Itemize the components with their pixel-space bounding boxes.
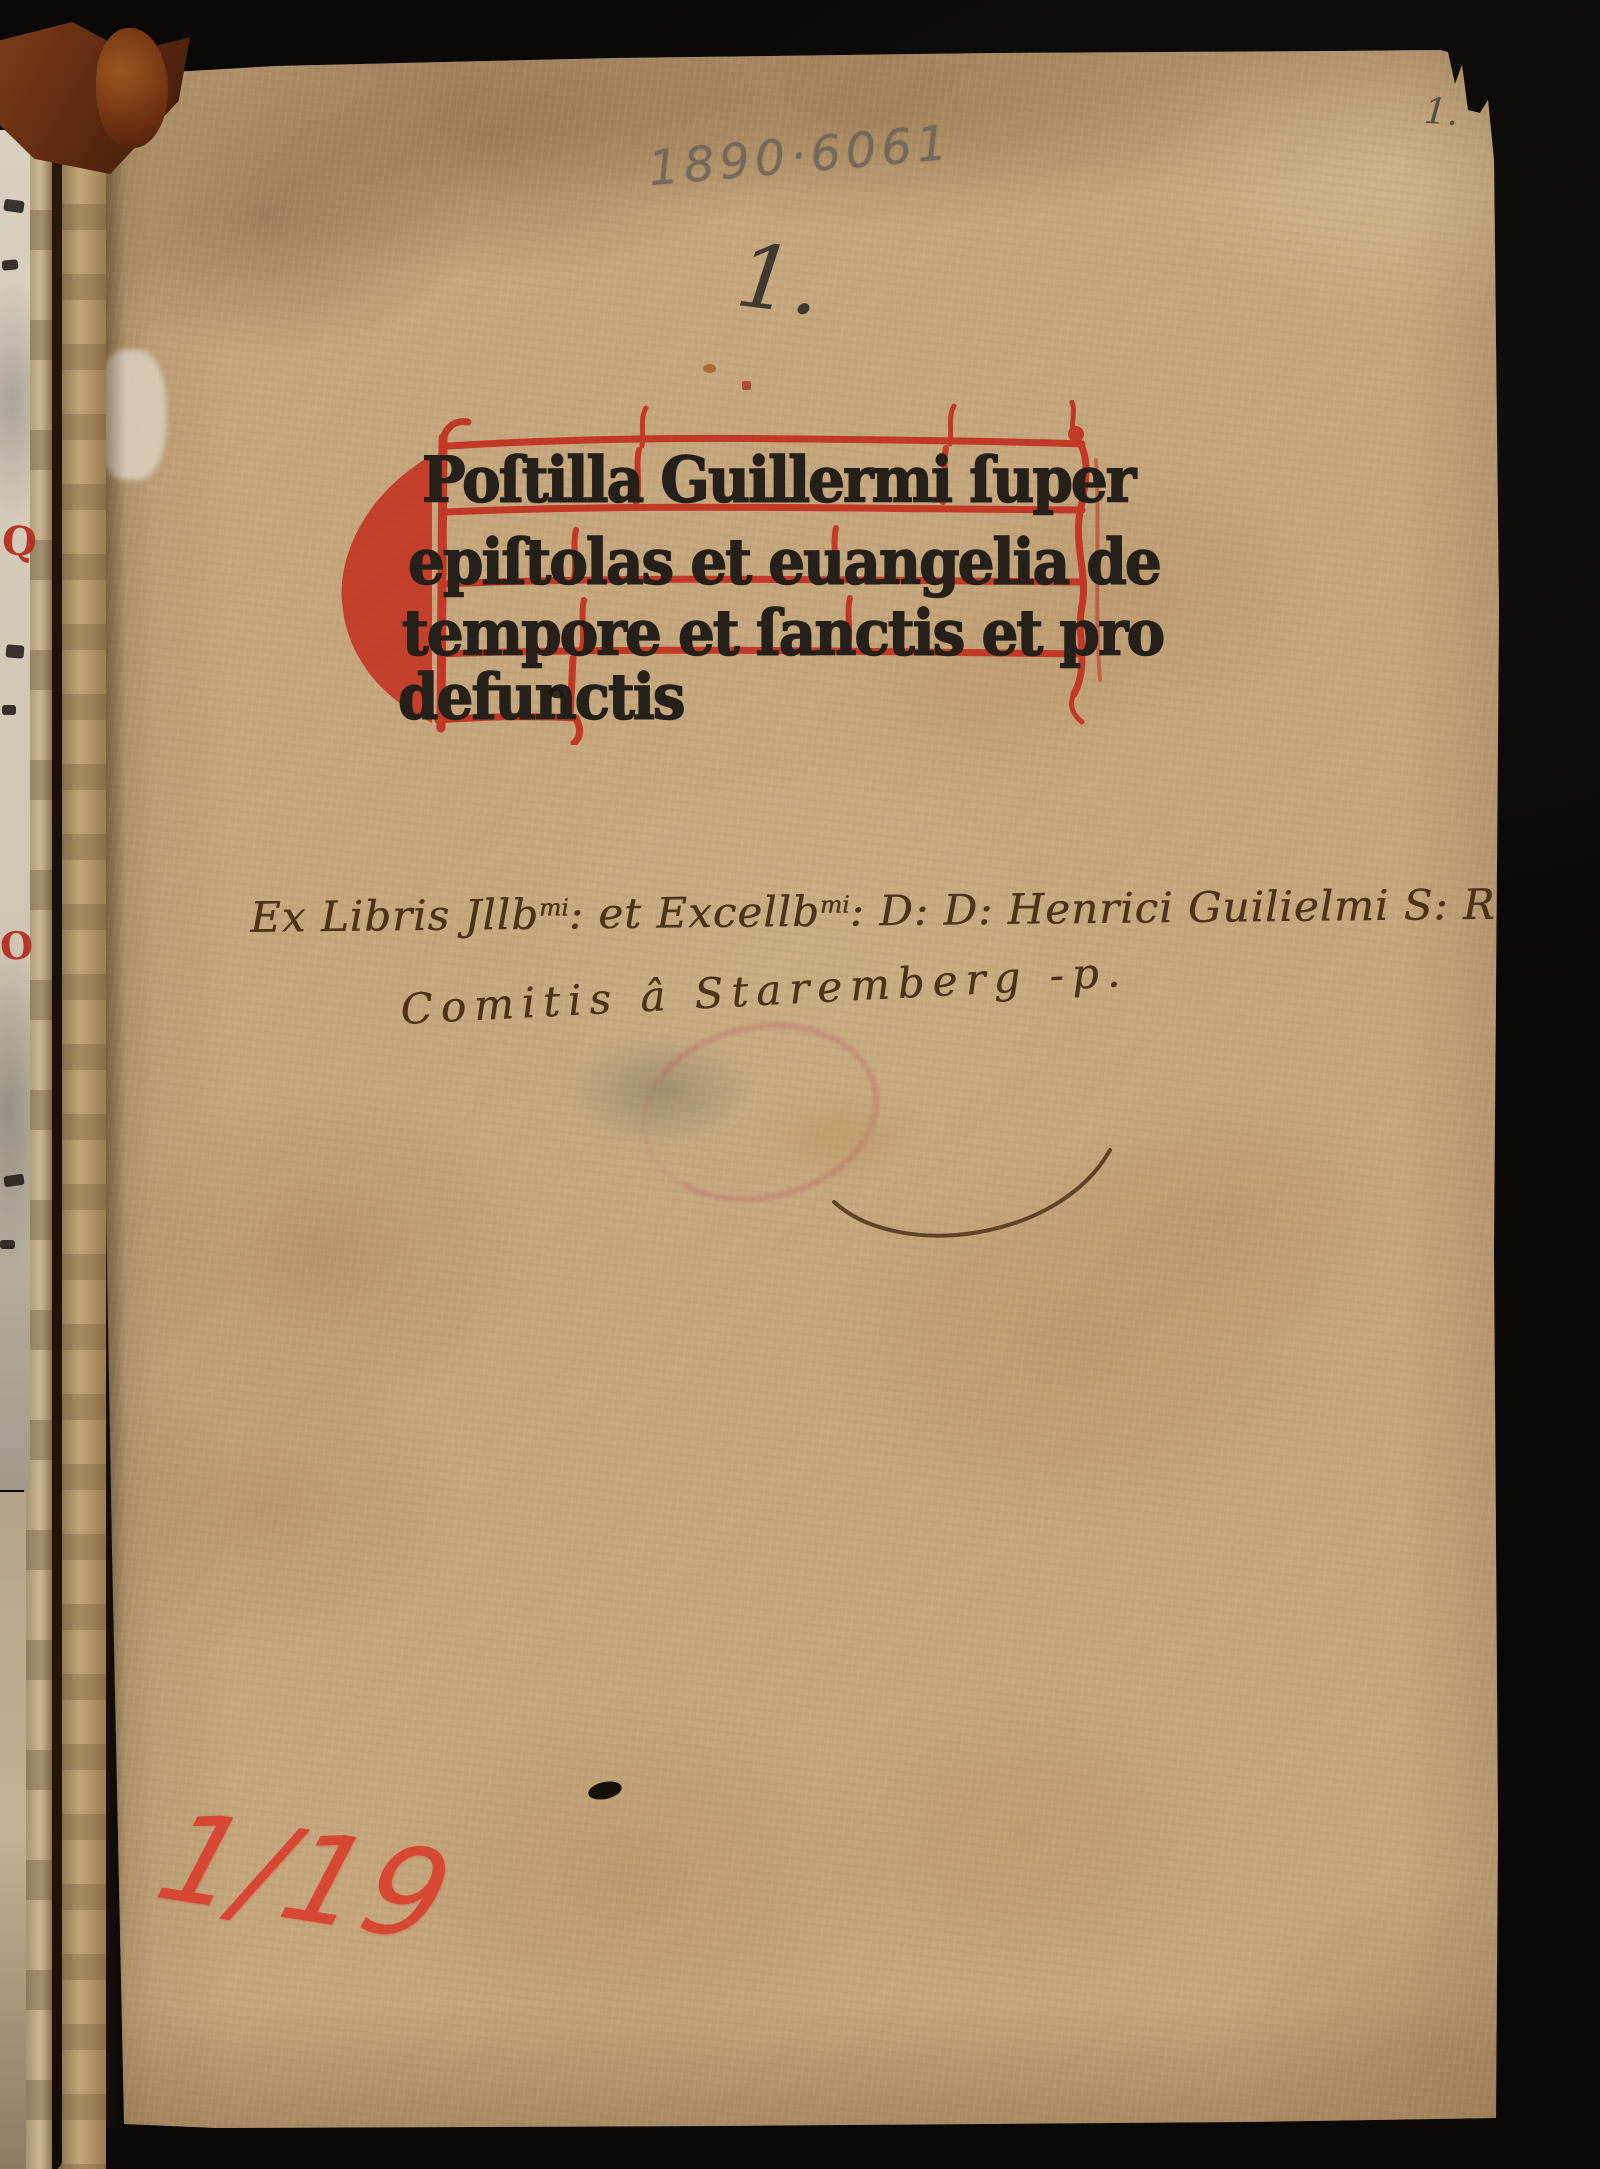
fragment-initial: O [0,922,34,969]
fragment-initial: Q [0,517,38,566]
ex-libris-part: : et Excellb [569,887,821,939]
printed-title-block: Poſtilla Guillermi ſuper epiſtolas et eu… [330,425,1140,735]
red-speck [742,381,751,390]
manuscript-photograph: 1890·6061 1. 1. [0,0,1600,2169]
red-crayon-number: 1/19 [143,1786,468,1970]
amber-speck [703,364,716,373]
title-line-4: defunctis [398,660,684,733]
title-line-3: tempore et ſanctis et pro [402,596,1163,669]
pencil-shelfmark: 1890·6061 [646,115,954,197]
ex-libris-line-2: Comitis â Staremberg -p. [399,947,1129,1034]
fragment-ink-mark [0,1240,15,1249]
spine-paper-strip [0,1492,26,2169]
ex-libris-line-1: Ex Libris Jllbmi: et Excellbmi: D: D: He… [250,879,1554,942]
parchment-page: 1890·6061 1. 1. [96,50,1500,2128]
ex-libris-part: Ex Libris Jllb [250,890,539,942]
handwritten-numeral: 1. [731,223,827,335]
fragment-ink-mark [5,644,24,659]
fragment-ink-mark [3,1174,24,1188]
fragment-ink-mark [2,259,19,271]
spine-waste-fragment: Q O [0,130,30,1490]
leather-knob [96,28,168,148]
fragment-ink-mark [2,705,16,715]
title-line-1: Poſtilla Guillermi ſuper [422,443,1134,516]
stain-blob [756,1090,926,1185]
title-line-2: epiſtolas et euangelia de [408,525,1160,598]
ex-libris-superscript: mi [820,891,850,919]
fragment-ink-mark [3,199,24,214]
ink-blot [587,1779,624,1803]
folio-number: 1. [1423,91,1460,134]
ex-libris-superscript: mi [539,894,569,922]
ex-libris-part: : D: D: Henrici Guilielmi S: R: J. [849,879,1554,935]
spine-paper-strip [58,64,106,2169]
